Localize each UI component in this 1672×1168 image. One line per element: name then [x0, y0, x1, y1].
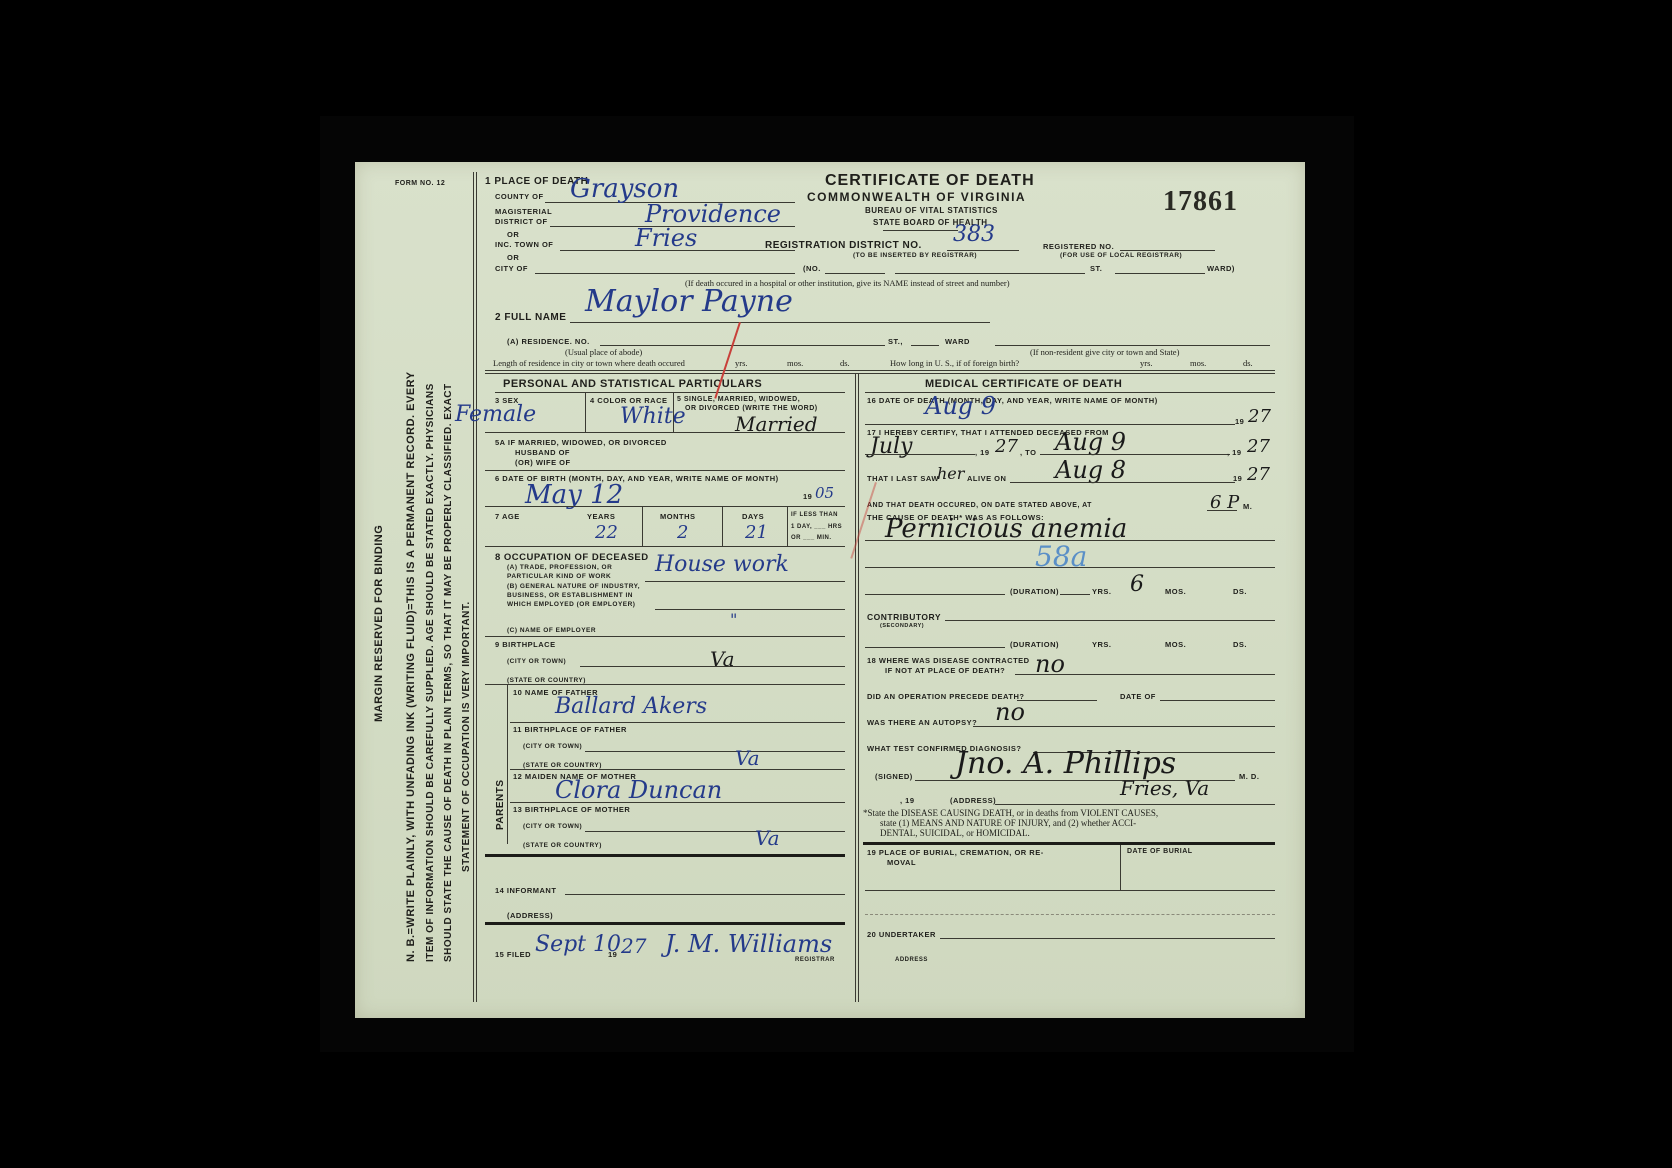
- father-state-label: (STATE OR COUNTRY): [523, 762, 602, 769]
- father-value: Ballard Akers: [555, 694, 707, 719]
- burial-label-1: 19 PLACE OF BURIAL, CREMATION, OR RE-: [867, 848, 1044, 857]
- autopsy-label: WAS THERE AN AUTOPSY?: [867, 718, 977, 727]
- column-divider: [855, 374, 856, 1002]
- sex-value: Female: [455, 402, 536, 427]
- registrar-label: REGISTRAR: [795, 957, 835, 963]
- dod-label: 16 DATE OF DEATH (MONTH, DAY, AND YEAR, …: [867, 396, 1158, 405]
- physician-address: Fries, Va: [1120, 776, 1209, 800]
- from-year-prefix: , 19: [975, 448, 990, 457]
- filed-label: 15 FILED: [495, 950, 531, 959]
- occupation-b1: (B) GENERAL NATURE OF INDUSTRY,: [507, 583, 640, 590]
- attended-from: July: [870, 434, 912, 459]
- filed-year: 27: [621, 934, 646, 958]
- occupation-a1: (A) TRADE, PROFESSION, OR: [507, 564, 612, 571]
- undertaker-address-label: ADDRESS: [895, 957, 928, 963]
- dod-year: 27: [1248, 406, 1271, 427]
- or-label-1: OR: [507, 230, 519, 239]
- informant-address-label: (ADDRESS): [507, 911, 553, 920]
- race-value: White: [620, 404, 686, 429]
- dod-year-prefix: 19: [1235, 417, 1244, 426]
- spouse-label-1: 5A IF MARRIED, WIDOWED, OR DIVORCED: [495, 438, 667, 447]
- alive-on-label: ALIVE ON: [967, 474, 1006, 483]
- duration-yrs-label: YRS.: [1092, 587, 1112, 596]
- registered-no-label: REGISTERED NO.: [1043, 242, 1114, 251]
- contributory-sub: (SECONDARY): [880, 623, 924, 629]
- birthplace-state-label: (STATE OR COUNTRY): [507, 677, 586, 684]
- spouse-label-3: (OR) WIFE OF: [515, 458, 571, 467]
- dob-year: 05: [815, 484, 834, 502]
- employer-ditto: ": [730, 610, 737, 629]
- occupation-b3: WHICH EMPLOYED (OR EMPLOYER): [507, 601, 635, 608]
- length-yrs: yrs.: [735, 358, 748, 368]
- mother-birthplace-label: 13 BIRTHPLACE OF MOTHER: [513, 805, 630, 814]
- us-residence-label: How long in U. S., if of foreign birth?: [890, 358, 1019, 368]
- registered-no-note: (FOR USE OF LOCAL REGISTRAR): [1060, 252, 1182, 259]
- nonresident-note: (If non-resident give city or town and S…: [1030, 347, 1179, 357]
- full-name-label: 2 FULL NAME: [495, 312, 566, 323]
- min-label: OR ___ MIN.: [791, 535, 832, 541]
- contracted-label-1: 18 WHERE WAS DISEASE CONTRACTED: [867, 656, 1030, 665]
- footnote-3: DENTAL, SUICIDAL, or HOMICIDAL.: [880, 828, 1030, 838]
- to-label: , TO: [1020, 448, 1036, 457]
- mother-value: Clora Duncan: [555, 776, 722, 804]
- time-suffix: M.: [1243, 502, 1252, 511]
- time-of-death: 6 P: [1210, 492, 1239, 513]
- mother-city-label: (CITY OR TOWN): [523, 823, 582, 830]
- duration-label: (DURATION): [1010, 587, 1059, 596]
- father-birthplace-state: Va: [735, 746, 760, 770]
- instructions-line-2: ITEM OF INFORMATION SHOULD BE CAREFULLY …: [425, 383, 436, 962]
- attended-to: Aug 9: [1055, 428, 1126, 456]
- district-label-1: MAGISTERIAL: [495, 207, 552, 216]
- last-saw-label: THAT I LAST SAW: [867, 474, 939, 483]
- spouse-label-2: HUSBAND OF: [515, 448, 570, 457]
- last-saw-year: 27: [1247, 464, 1270, 485]
- occupation-label: 8 OCCUPATION OF DECEASED: [495, 552, 649, 563]
- less-than-label: IF LESS THAN: [791, 512, 838, 518]
- st-label: ST.: [1090, 264, 1102, 273]
- us-yrs: yrs.: [1140, 358, 1153, 368]
- burial-date-label: DATE OF BURIAL: [1127, 848, 1193, 855]
- last-year-prefix: 19: [1233, 474, 1242, 483]
- county-label: COUNTY OF: [495, 192, 544, 201]
- length-residence-label: Length of residence in city or town wher…: [493, 358, 685, 368]
- margin-divider-inner: [476, 172, 477, 1002]
- instructions-line-3: SHOULD STATE THE CAUSE OF DEATH IN PLAIN…: [443, 383, 454, 962]
- signed-label: (SIGNED): [875, 772, 913, 781]
- age-months-label: MONTHS: [660, 512, 696, 521]
- city-label: CITY OF: [495, 264, 528, 273]
- town-value: Fries: [635, 224, 697, 252]
- no-label: (NO.: [803, 264, 821, 273]
- registration-district-value: 383: [953, 222, 995, 247]
- age-days-label: DAYS: [742, 512, 764, 521]
- cause-code: 58a: [1035, 540, 1087, 573]
- contributory-label: CONTRIBUTORY: [867, 612, 941, 622]
- contracted-value: no: [1035, 650, 1065, 678]
- time-label: AND THAT DEATH OCCURED, ON DATE STATED A…: [867, 502, 1092, 509]
- residence-label: (A) RESIDENCE. NO.: [507, 337, 590, 346]
- death-certificate: FORM NO. 12 MARGIN RESERVED FOR BINDING …: [355, 162, 1305, 1018]
- duration-ds-label: DS.: [1233, 587, 1247, 596]
- age-years: 22: [595, 522, 618, 543]
- district-label-2: DISTRICT OF: [495, 217, 548, 226]
- dob-year-prefix: 19: [803, 492, 812, 501]
- registration-district-label: REGISTRATION DISTRICT NO.: [765, 240, 922, 251]
- contrib-ds-label: DS.: [1233, 640, 1247, 649]
- age-label: 7 AGE: [495, 512, 520, 521]
- burial-label-2: MOVAL: [887, 858, 916, 867]
- age-years-label: YEARS: [587, 512, 615, 521]
- occupation-b2: BUSINESS, OR ESTABLISHMENT IN: [507, 592, 633, 599]
- length-mos: mos.: [787, 358, 803, 368]
- occupation-value: House work: [655, 552, 789, 577]
- autopsy-value: no: [995, 698, 1025, 726]
- registrar-signature: J. M. Williams: [665, 930, 832, 958]
- contrib-mos-label: MOS.: [1165, 640, 1186, 649]
- registration-district-note: (TO BE INSERTED BY REGISTRAR): [853, 252, 977, 259]
- or-label-2: OR: [507, 253, 519, 262]
- operation-date-label: DATE OF: [1120, 692, 1156, 701]
- us-ds: ds.: [1243, 358, 1253, 368]
- undertaker-label: 20 UNDERTAKER: [867, 930, 936, 939]
- age-months: 2: [677, 522, 688, 543]
- full-name-value: Maylor Payne: [585, 284, 793, 319]
- parents-label: PARENTS: [495, 779, 506, 830]
- duration-mos-label: MOS.: [1165, 587, 1186, 596]
- commonwealth-title: COMMONWEALTH OF VIRGINIA: [807, 190, 1026, 204]
- personal-header: PERSONAL AND STATISTICAL PARTICULARS: [503, 378, 762, 390]
- footnote-1: *State the DISEASE CAUSING DEATH, or in …: [863, 808, 1158, 818]
- instructions-line-1: N. B.=WRITE PLAINLY, WITH UNFADING INK (…: [405, 371, 417, 962]
- employer-label: (C) NAME OF EMPLOYER: [507, 627, 596, 634]
- mother-birthplace-state: Va: [755, 826, 780, 850]
- filed-year-prefix: 19: [608, 950, 617, 959]
- residence-ward: WARD: [945, 337, 970, 346]
- father-city-label: (CITY OR TOWN): [523, 743, 582, 750]
- informant-label: 14 INFORMANT: [495, 886, 556, 895]
- contracted-label-2: IF NOT AT PLACE OF DEATH?: [885, 666, 1005, 675]
- to-year-prefix: , 19: [1227, 448, 1242, 457]
- birthplace-state: Va: [710, 647, 735, 671]
- certificate-title: CERTIFICATE OF DEATH: [825, 172, 1035, 190]
- length-ds: ds.: [840, 358, 850, 368]
- sig-year-prefix: , 19: [900, 796, 915, 805]
- age-days: 21: [745, 522, 768, 543]
- bureau-label: BUREAU OF VITAL STATISTICS: [865, 206, 998, 215]
- dod-value: Aug 9: [925, 392, 996, 420]
- contrib-yrs-label: YRS.: [1092, 640, 1112, 649]
- hrs-label: 1 DAY, ___ HRS: [791, 524, 842, 530]
- contrib-duration-label: (DURATION): [1010, 640, 1059, 649]
- attended-from-year: 27: [995, 436, 1018, 457]
- birthplace-label: 9 BIRTHPLACE: [495, 640, 556, 649]
- last-saw-pronoun: her: [937, 464, 964, 483]
- certificate-number: 17861: [1163, 186, 1238, 218]
- duration-mos: 6: [1130, 572, 1144, 597]
- birthplace-city-label: (CITY OR TOWN): [507, 658, 566, 665]
- mother-state-label: (STATE OR COUNTRY): [523, 842, 602, 849]
- physician-address-label: (ADDRESS): [950, 796, 996, 805]
- margin-divider: [473, 172, 474, 1002]
- medical-header: MEDICAL CERTIFICATE OF DEATH: [925, 378, 1122, 390]
- attended-to-year: 27: [1247, 436, 1270, 457]
- ward-label: WARD): [1207, 264, 1235, 273]
- footnote-2: state (1) MEANS AND NATURE OF INJURY, an…: [880, 818, 1136, 828]
- binding-margin-note: MARGIN RESERVED FOR BINDING: [373, 525, 385, 722]
- occupation-a2: PARTICULAR KIND OF WORK: [507, 573, 611, 580]
- father-birthplace-label: 11 BIRTHPLACE OF FATHER: [513, 725, 627, 734]
- last-saw-date: Aug 8: [1055, 456, 1126, 484]
- residence-note: (Usual place of abode): [565, 347, 642, 357]
- residence-st: ST.,: [888, 337, 903, 346]
- us-mos: mos.: [1190, 358, 1206, 368]
- marital-label-2: OR DIVORCED (write the word): [685, 405, 818, 412]
- md-label: M. D.: [1239, 772, 1259, 781]
- form-number: FORM NO. 12: [395, 180, 445, 187]
- town-label: INC. TOWN OF: [495, 240, 553, 249]
- marital-label-1: 5 SINGLE, MARRIED, WIDOWED,: [677, 396, 800, 403]
- instructions-line-4: STATEMENT OF OCCUPATION IS VERY IMPORTAN…: [461, 601, 472, 872]
